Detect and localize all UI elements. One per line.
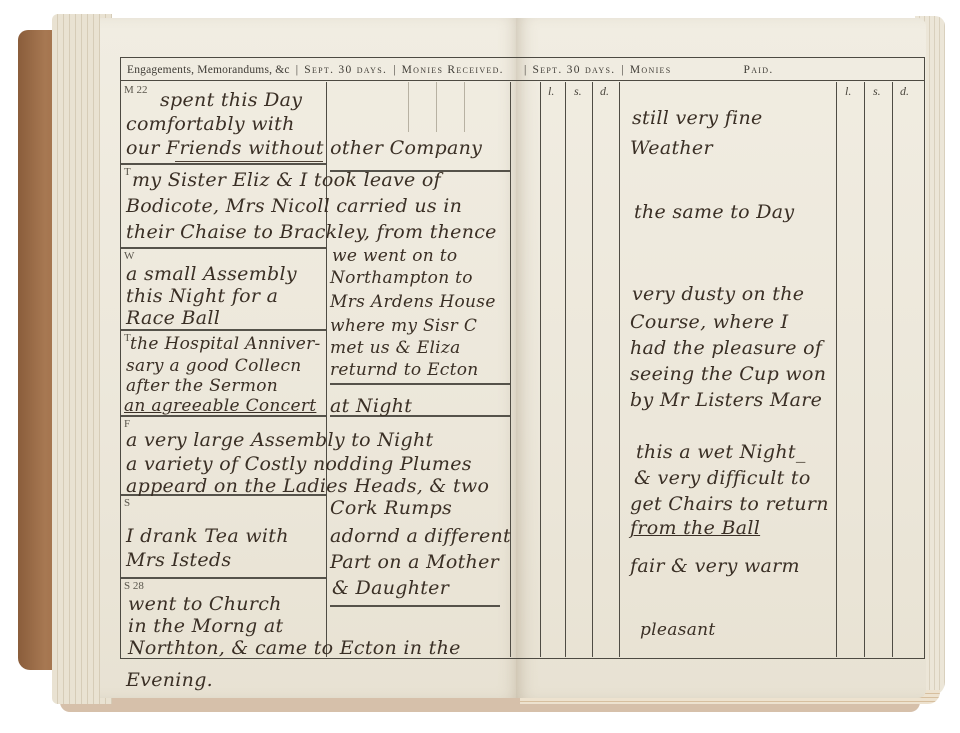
right-entry-line: from the Ball xyxy=(630,516,760,540)
right-entry-line: & very difficult to xyxy=(634,466,811,490)
entry-line: this Night for a xyxy=(126,284,278,308)
right-entry-line: seeing the Cup won xyxy=(630,362,826,386)
right-entry-line: Weather xyxy=(630,136,713,160)
col-pounds-paid: l. xyxy=(845,84,851,99)
entry-line: an agreeable Concert xyxy=(124,394,316,418)
col-shillings-received: s. xyxy=(574,84,582,99)
continuation-line: we went on to xyxy=(332,244,457,268)
entry-line: a very large Assembly to Night xyxy=(126,428,433,452)
continuation-line: & Daughter xyxy=(332,576,449,600)
entry-line: the Hospital Anniver- xyxy=(130,332,321,356)
right-entry-line: very dusty on the xyxy=(632,282,804,306)
header-sept-days-right: Sept. 30 days. xyxy=(527,64,622,76)
col-pence-received: d. xyxy=(600,84,609,99)
left-money-divider xyxy=(510,82,511,657)
right-entry-line: still very fine xyxy=(632,106,763,130)
entry-line: appeard on the Ladies Heads, & two xyxy=(126,474,489,498)
header-engagements: Engagements, Memorandums, &c xyxy=(121,64,296,76)
continuation-line: Part on a Mother xyxy=(330,550,499,574)
continuation-line: Northampton to xyxy=(330,266,473,290)
entry-line: in the Morng at xyxy=(128,614,283,638)
entry-line: our Friends without other Company xyxy=(126,136,482,160)
row-divider xyxy=(121,577,326,579)
continuation-line: met us & Eliza xyxy=(330,336,461,360)
entry-line: Race Ball xyxy=(126,306,220,330)
entry-line: Mrs Isteds xyxy=(126,548,231,572)
day-label-tue: T xyxy=(124,166,131,178)
entry-line: their Chaise to Brackley, from thence xyxy=(126,220,497,244)
right-entry-line: get Chairs to return xyxy=(630,492,829,516)
right-entry-line: this a wet Night_ xyxy=(636,440,806,464)
col-shillings-paid: s. xyxy=(873,84,881,99)
left-page-header: Engagements, Memorandums, &c | Sept. 30 … xyxy=(121,60,525,81)
header-paid: Paid. xyxy=(738,64,780,76)
right-entry-line: fair & very warm xyxy=(630,554,800,578)
row-divider xyxy=(330,383,510,385)
continuation-line: Mrs Ardens House xyxy=(330,290,496,314)
row-divider xyxy=(121,247,326,249)
header-monies: Monies xyxy=(624,64,678,76)
continuation-line: where my Sisr C xyxy=(330,314,477,338)
open-diary-book: Engagements, Memorandums, &c | Sept. 30 … xyxy=(0,0,960,733)
right-entry-line: by Mr Listers Mare xyxy=(630,388,822,412)
col-pence-paid: d. xyxy=(900,84,909,99)
header-sept-days-left: Sept. 30 days. xyxy=(298,64,393,76)
right-entry-line: had the pleasure of xyxy=(630,336,822,360)
continuation-line: Cork Rumps xyxy=(330,496,452,520)
right-entry-line: the same to Day xyxy=(634,200,794,224)
entry-line: Evening. xyxy=(126,668,213,692)
entry-line: I drank Tea with xyxy=(126,524,289,548)
entry-line: a small Assembly xyxy=(126,262,297,286)
right-page-header: | Sept. 30 days. | Monies Paid. xyxy=(520,60,924,81)
continuation-line: returnd to Ecton xyxy=(330,358,479,382)
day-label-mon-22: M 22 xyxy=(124,84,148,96)
right-entry-line: pleasant xyxy=(640,618,716,642)
entry-line: went to Church xyxy=(128,592,282,616)
continuation-line: at Night xyxy=(330,394,412,418)
header-monies-received: Monies Received. xyxy=(396,64,510,76)
entry-line: Northton, & came to Ecton in the xyxy=(128,636,461,660)
entry-line: Bodicote, Mrs Nicoll carried us in xyxy=(126,194,462,218)
right-entry-line: Course, where I xyxy=(630,310,789,334)
continuation-line: adornd a different xyxy=(330,524,511,548)
day-label-wed: W xyxy=(124,250,134,262)
row-divider xyxy=(121,163,326,165)
entry-line: spent this Day xyxy=(160,88,302,112)
entry-line: my Sister Eliz & I took leave of xyxy=(132,168,441,192)
day-label-sun-28: S 28 xyxy=(124,580,144,592)
day-label-sat: S xyxy=(124,497,130,509)
row-divider xyxy=(330,605,500,607)
entry-line: comfortably with xyxy=(126,112,295,136)
col-pounds-received: l. xyxy=(548,84,554,99)
entry-line: a variety of Costly nodding Plumes xyxy=(126,452,472,476)
